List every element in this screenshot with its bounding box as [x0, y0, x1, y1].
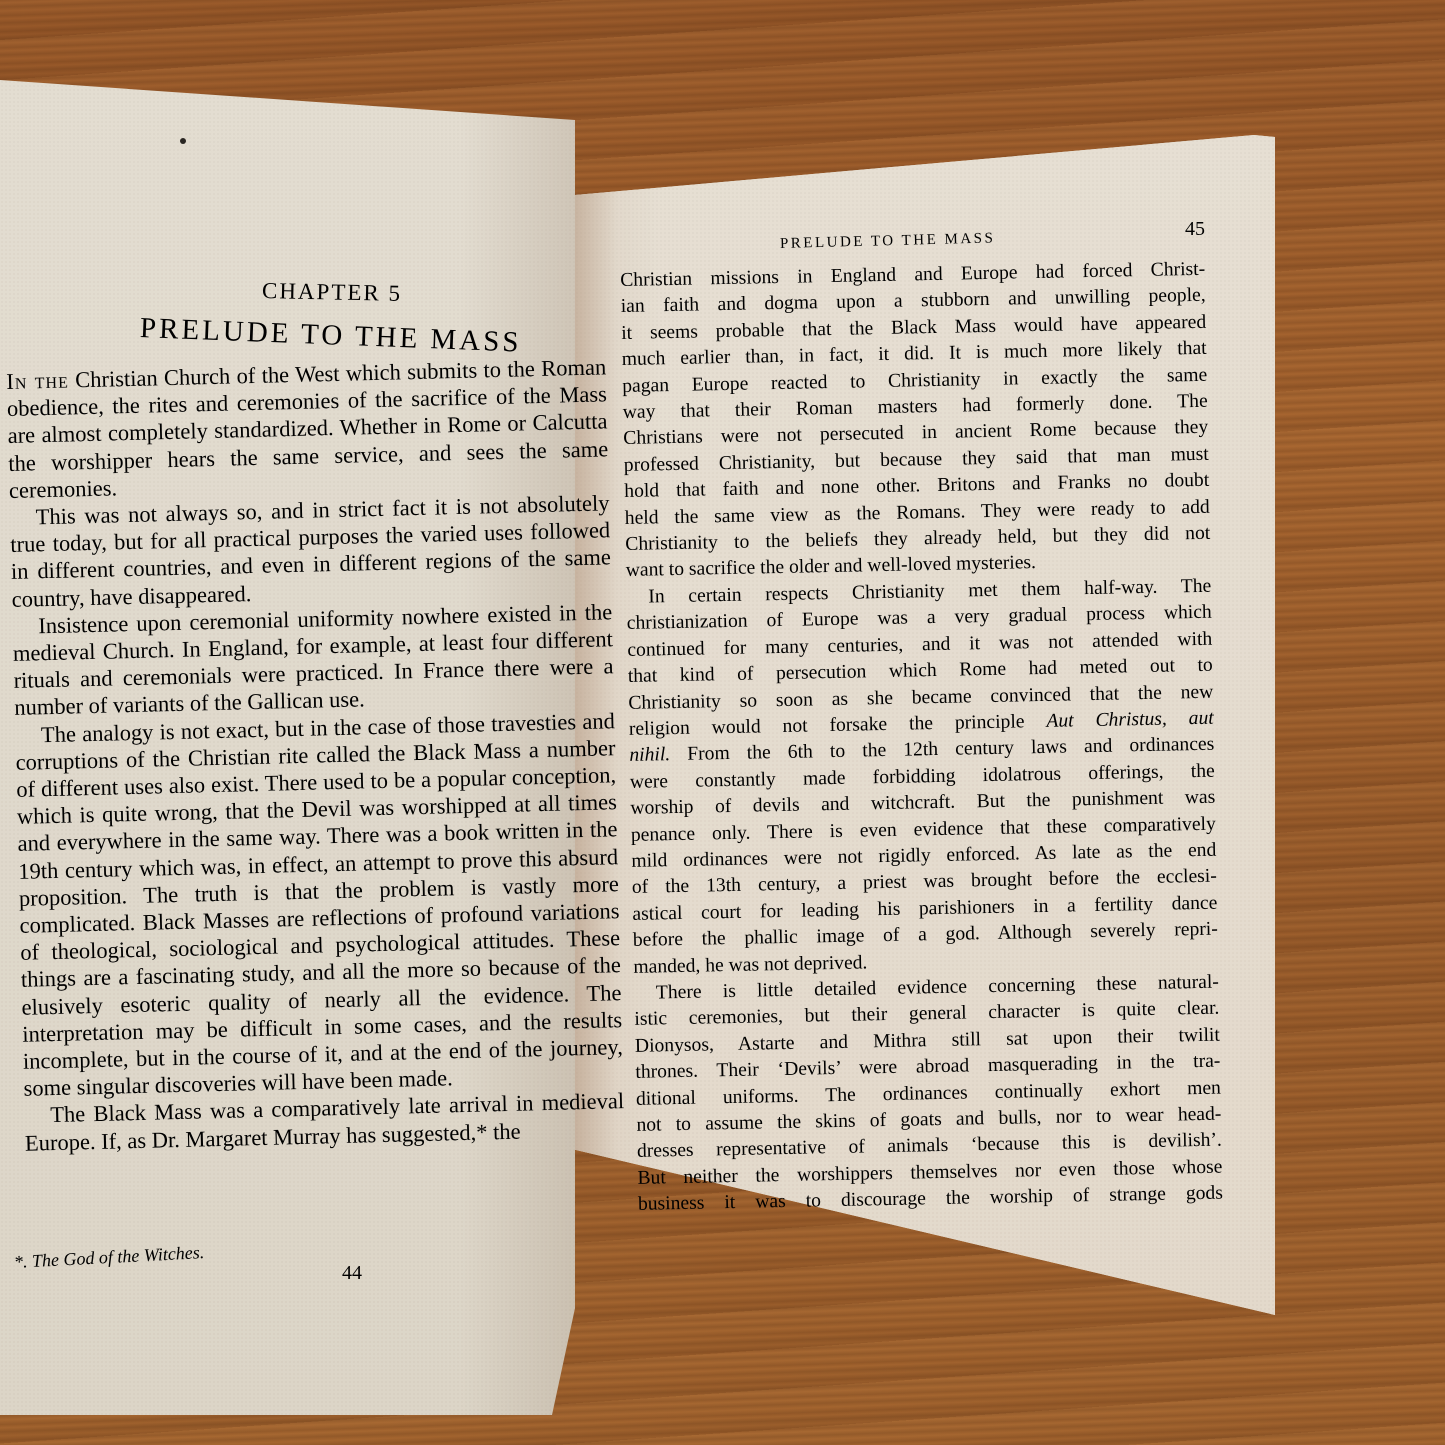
left-page-body: In the Christian Church of the West whic… — [6, 353, 625, 1156]
chapter-label: CHAPTER 5 — [262, 278, 403, 307]
paragraph: Insistence upon ceremonial uniformity no… — [12, 598, 614, 721]
paragraph: This was not always so, and in strict fa… — [9, 489, 611, 612]
ink-speck — [180, 138, 186, 144]
paragraph: The analogy is not exact, but in the cas… — [15, 707, 624, 1102]
page-number-left: 44 — [342, 1262, 362, 1285]
latin-phrase: nihil. — [629, 744, 670, 766]
page-number-right: 45 — [1185, 218, 1205, 241]
paragraph: In the Christian Church of the West whic… — [6, 353, 609, 504]
right-page-body: Christian missions in England and Europe… — [620, 257, 1223, 1219]
latin-phrase: Aut Christus, aut — [1046, 708, 1214, 732]
opening-smallcaps: In the — [6, 367, 69, 394]
